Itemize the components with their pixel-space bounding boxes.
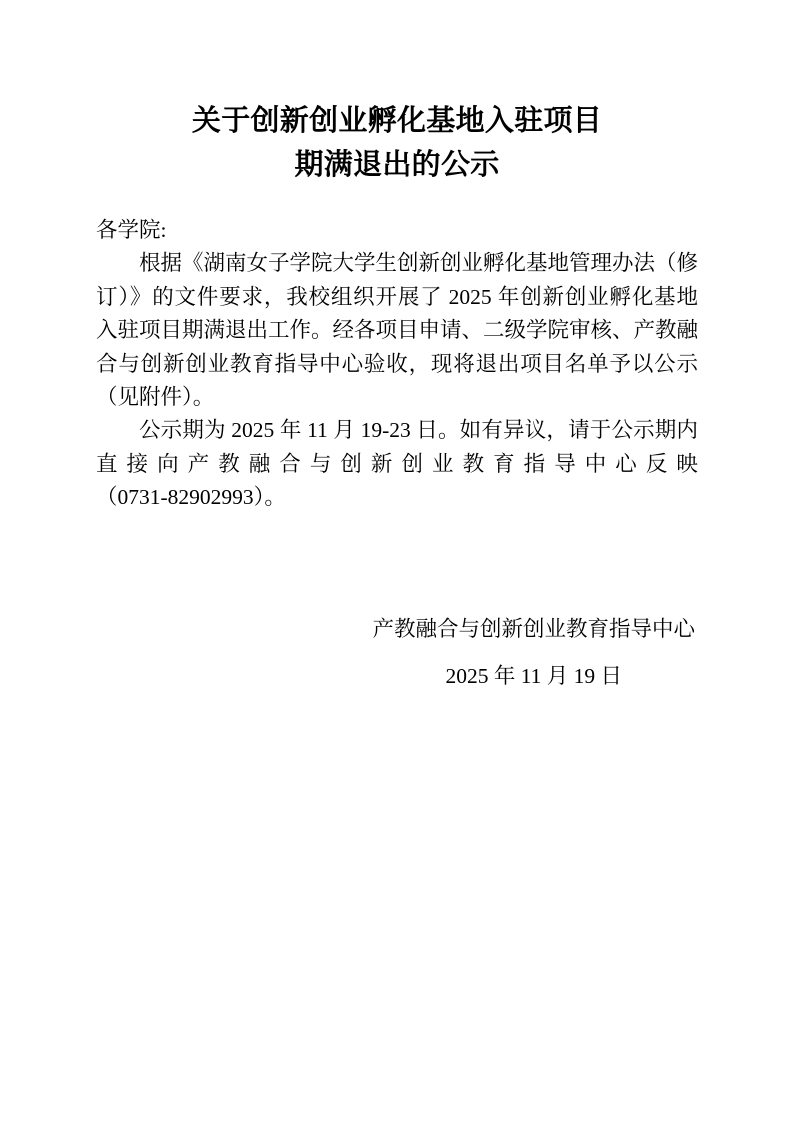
- body-line: 公示期为 2025 年 11 月 19-23 日。如有异议，请于公示期内: [96, 414, 698, 447]
- title-line-1: 关于创新创业孵化基地入驻项目: [96, 99, 698, 143]
- document-body: 各学院: 根据《湖南女子学院大学生创新创业孵化基地管理办法（修 订）》的文件要求…: [96, 214, 698, 515]
- title-line-2: 期满退出的公示: [96, 143, 698, 187]
- body-line: 入驻项目期满退出工作。经各项目申请、二级学院审核、产教融: [96, 314, 698, 347]
- body-line: 根据《湖南女子学院大学生创新创业孵化基地管理办法（修: [96, 247, 698, 280]
- signature-block: 产教融合与创新创业教育指导中心 2025 年 11 月 19 日: [372, 613, 695, 694]
- paragraph-publicity-period: 公示期为 2025 年 11 月 19-23 日。如有异议，请于公示期内 直接向…: [96, 414, 698, 514]
- notice-page: 关于创新创业孵化基地入驻项目 期满退出的公示 各学院: 根据《湖南女子学院大学生…: [0, 0, 793, 1122]
- body-line: （0731-82902993）。: [96, 481, 698, 514]
- body-line: （见附件）。: [96, 381, 698, 414]
- salutation-line: 各学院:: [96, 214, 698, 247]
- document-title: 关于创新创业孵化基地入驻项目 期满退出的公示: [96, 99, 698, 187]
- signature-department: 产教融合与创新创业教育指导中心: [372, 613, 695, 646]
- body-line: 合与创新创业教育指导中心验收，现将退出项目名单予以公示: [96, 348, 698, 381]
- body-line: 直接向产教融合与创新创业教育指导中心反映: [96, 448, 698, 481]
- body-line: 订）》的文件要求，我校组织开展了 2025 年创新创业孵化基地: [96, 281, 698, 314]
- paragraph-review-process: 根据《湖南女子学院大学生创新创业孵化基地管理办法（修 订）》的文件要求，我校组织…: [96, 247, 698, 414]
- signature-area: 产教融合与创新创业教育指导中心 2025 年 11 月 19 日: [96, 613, 698, 694]
- signature-date: 2025 年 11 月 19 日: [372, 660, 695, 693]
